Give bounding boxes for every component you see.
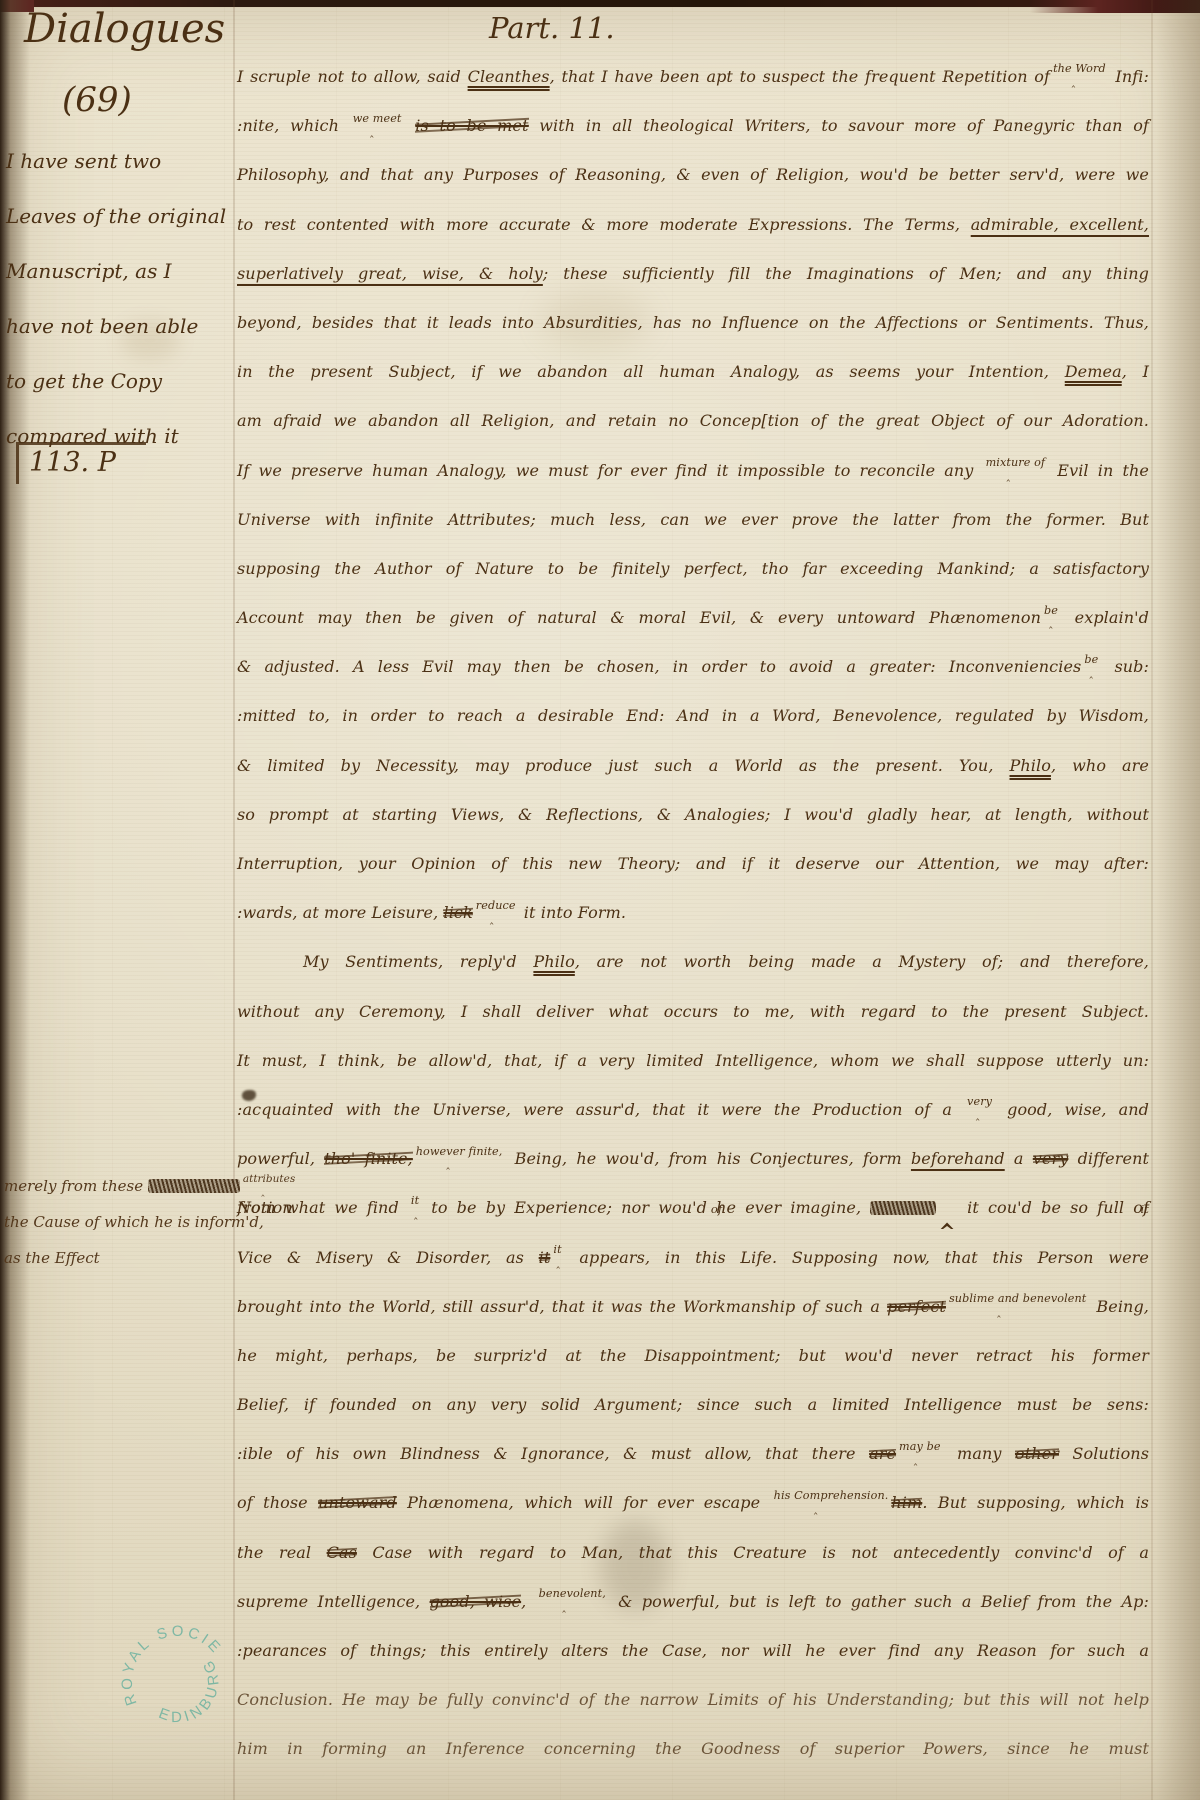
segment-scr: are [869,1444,896,1463]
segment-text: to rest contented with more accurate & m… [237,215,971,234]
segment-text: :wards, at more Leisure, [237,903,443,922]
segment-text: Account may then be given of natural & m… [237,608,1041,627]
segment-text: . But supposing, which is [922,1493,1149,1512]
segment-text: I scruple not to allow, said [237,67,468,86]
manuscript-line: Conclusion. He may be fully convinc'd of… [237,1675,1149,1724]
manuscript-line: of those untoward Phænomena, which will … [237,1478,1149,1527]
segment-ins: be [1044,605,1058,616]
segment-text: Being, he wou'd, from his Conjectures, f… [505,1149,911,1168]
segment-text: merely from these [4,1177,148,1195]
segment-text: supreme Intelligence, [237,1592,430,1611]
segment-scr: untoward [318,1493,397,1512]
segment-scr: him [891,1493,922,1512]
manuscript-line: am afraid we abandon all Religion, and r… [237,396,1149,445]
margin-note-line: to get the Copy [6,354,236,409]
segment-scr: is to be met [415,116,528,135]
manuscript-line: :acquainted with the Universe, were assu… [237,1085,1149,1134]
segment-ins: the Word [1053,63,1106,74]
manuscript-line: beyond, besides that it leads into Absur… [237,298,1149,347]
segment-text: ; these sufficiently fill the Imaginatio… [543,264,1149,283]
margin-insertion-line: merely from these attributes [4,1168,237,1204]
segment-text: It must, I think, be allow'd, that, if a… [237,1051,1149,1070]
body-lines: I scruple not to allow, said Cleanthes, … [237,52,1149,1774]
segment-text: My Sentiments, reply'd [303,952,533,971]
segment-ins: it [553,1244,561,1255]
manuscript-line: It must, I think, be allow'd, that, if a… [237,1036,1149,1085]
segment-ul: admirable, excellent, [971,215,1149,234]
manuscript-line: in the present Subject, if we abandon al… [237,347,1149,396]
segment-text: of those [237,1493,318,1512]
page-right-shading [1156,0,1200,1800]
segment-text: the real [237,1543,327,1562]
segment-ins: very [967,1096,992,1107]
stamp-arc-bottom-text: EDINBURGH [79,1590,241,1766]
manuscript-line: he might, perhaps, be surpriz'd at the D… [237,1331,1149,1380]
segment-text: Belief, if founded on any very solid Arg… [237,1395,1149,1414]
segment-text: , that I have been apt to suspect the fr… [550,67,1050,86]
segment-text: supposing the Author of Nature to be fin… [237,559,1149,578]
margin-note-line: Leaves of the original [6,189,236,244]
segment-ins: may be [899,1441,941,1452]
segment-ins: it [411,1195,419,1206]
segment-text: Infi: [1109,67,1149,86]
segment-ul: superlatively great, wise, & holy [237,264,543,283]
segment-text: , [521,1592,536,1611]
segment-blot [148,1179,240,1193]
shelfmark: 113. P [16,442,146,484]
segment-text: good, wise, and [995,1100,1149,1119]
segment-ins: sublime and benevolent [949,1293,1086,1304]
segment-scr: lick [443,903,472,922]
segment-text: it into Form. [519,903,626,922]
segment-scr: other [1015,1444,1059,1463]
segment-text: it cou'd be so full of [958,1198,1149,1217]
segment-text: Conclusion. He may be fully convinc'd of… [237,1690,1149,1709]
manuscript-title: Dialogues [24,6,225,52]
segment-text: :mitted to, in order to reach a desirabl… [237,706,1149,725]
segment-text: a [1005,1149,1033,1168]
manuscript-line: supposing the Author of Nature to be fin… [237,544,1149,593]
segment-text: the Cause of which he is inform'd, [4,1213,264,1231]
segment-text: sub: [1101,657,1149,676]
segment-ins: mixture of [986,457,1046,468]
margin-note-line: Manuscript, as I [6,244,236,299]
segment-text: :pearances of things; this entirely alte… [237,1641,1149,1660]
segment-text: Philosophy, and that any Purposes of Rea… [237,165,1149,184]
manuscript-line: :wards, at more Leisure, lickreduce it i… [237,888,1149,937]
segment-text: :ible of his own Blindness & Ignorance, … [237,1444,869,1463]
segment-blot [870,1201,936,1215]
segment-text: , are not worth being made a Mystery of;… [575,952,1149,971]
segment-text: from what we find [237,1198,408,1217]
manuscript-line: :nite, which we meet is to be met with i… [237,101,1149,150]
manuscript-line: Vice & Misery & Disorder, as itit appear… [237,1233,1149,1282]
segment-ins: his Comprehension. [774,1490,889,1501]
manuscript-line: & limited by Necessity, may produce just… [237,741,1149,790]
segment-ins: we meet [353,113,402,124]
segment-ins: however finite, [416,1146,503,1157]
segment-text: & adjusted. A less Evil may then be chos… [237,657,1081,676]
segment-text: with in all theological Writers, to savo… [529,116,1149,135]
segment-caret: ‸ [938,1200,956,1229]
segment-text: Vice & Misery & Disorder, as [237,1248,539,1267]
manuscript-line: Account may then be given of natural & m… [237,593,1149,642]
segment-text: Being, [1089,1297,1149,1316]
manuscript-line: to rest contented with more accurate & m… [237,200,1149,249]
manuscript-line: & adjusted. A less Evil may then be chos… [237,642,1149,691]
segment-text: so prompt at starting Views, & Reflectio… [237,805,1149,824]
segment-ins: benevolent, [539,1588,606,1599]
manuscript-line: My Sentiments, reply'd Philo, are not wo… [237,937,1149,986]
segment-text [405,116,416,135]
segment-text: without any Ceremony, I shall deliver wh… [237,1002,1149,1021]
margin-note-line: have not been able [6,299,236,354]
manuscript-line: Belief, if founded on any very solid Arg… [237,1380,1149,1429]
segment-text: :acquainted with the Universe, were assu… [237,1100,964,1119]
segment-text: am afraid we abandon all Religion, and r… [237,411,1149,430]
segment-text: to be by Experience; nor wou'd he ever i… [422,1198,870,1217]
segment-text: Phænomena, which will for ever escape [397,1493,771,1512]
segment-text: If we preserve human Analogy, we must fo… [237,461,983,480]
margin-note: I have sent twoLeaves of the originalMan… [6,134,236,464]
manuscript-line: without any Ceremony, I shall deliver wh… [237,987,1149,1036]
margin-insertion-line: as the Effect [4,1240,237,1276]
manuscript-line: If we preserve human Analogy, we must fo… [237,446,1149,495]
segment-text: he might, perhaps, be surpriz'd at the D… [237,1346,1149,1365]
segment-text: , who are [1051,756,1149,775]
margin-insertion-note: merely from these attributesthe Cause of… [4,1168,237,1276]
segment-ins: be [1084,654,1098,665]
part-heading: Part. 11. [489,8,1149,48]
segment-text: Evil in the [1048,461,1149,480]
segment-name: Philo [533,952,574,971]
manuscript-line: from what we find it to be by Experience… [237,1183,1149,1232]
segment-text: brought into the World, still assur'd, t… [237,1297,887,1316]
manuscript-line: superlatively great, wise, & holy; these… [237,249,1149,298]
segment-ul: beforehand [911,1149,1005,1168]
segment-name: Demea [1065,362,1122,381]
svg-text:EDINBURGH: EDINBURGH [79,1590,241,1766]
fold-line [1151,0,1153,1800]
manuscript-line: :pearances of things; this entirely alte… [237,1626,1149,1675]
manuscript-line: Philosophy, and that any Purposes of Rea… [237,150,1149,199]
segment-text: explain'd [1061,608,1149,627]
segment-text: beyond, besides that it leads into Absur… [237,313,1149,332]
margin-insertion-line: the Cause of which he is inform'd, [4,1204,237,1240]
segment-scr: tho' finite, [324,1149,413,1168]
segment-text: & limited by Necessity, may produce just… [237,756,1010,775]
segment-name: Philo [1010,756,1051,775]
segment-ins: reduce [476,900,516,911]
manuscript-line: Interruption, your Opinion of this new T… [237,839,1149,888]
segment-scr: it [539,1248,551,1267]
manuscript-line: him in forming an Inference concerning t… [237,1724,1149,1773]
segment-text: him in forming an Inference concerning t… [237,1739,1149,1758]
segment-scr: good, wise [430,1592,522,1611]
segment-text: & powerful, but is left to gather such a… [609,1592,1149,1611]
segment-text: Universe with infinite Attributes; much … [237,510,1149,529]
manuscript-line: Universe with infinite Attributes; much … [237,495,1149,544]
manuscript-line: the real Cas Case with regard to Man, th… [237,1528,1149,1577]
manuscript-page: Dialogues (69) I have sent twoLeaves of … [0,0,1200,1800]
segment-text: :nite, which [237,116,350,135]
segment-text: Interruption, your Opinion of this new T… [237,854,1149,873]
manuscript-line: :ible of his own Blindness & Ignorance, … [237,1429,1149,1478]
segment-scr: perfect [887,1297,946,1316]
manuscript-line: so prompt at starting Views, & Reflectio… [237,790,1149,839]
manuscript-line: powerful, tho' finite,however finite, Be… [237,1134,1149,1183]
manuscript-line: supreme Intelligence, good, wise, benevo… [237,1577,1149,1626]
segment-text: Solutions [1059,1444,1149,1463]
segment-scr: Cas [327,1543,357,1562]
segment-text: , I [1122,362,1149,381]
manuscript-body: Part. 11. I scruple not to allow, said C… [237,0,1149,1774]
margin-note-line: I have sent two [6,134,236,189]
segment-text: powerful, [237,1149,324,1168]
manuscript-line: I scruple not to allow, said Cleanthes, … [237,52,1149,101]
page-number: (69) [62,80,132,120]
segment-text: as the Effect [4,1249,100,1267]
segment-text: Case with regard to Man, that this Creat… [357,1543,1149,1562]
manuscript-line: brought into the World, still assur'd, t… [237,1282,1149,1331]
segment-name: Cleanthes [468,67,550,86]
manuscript-line: :mitted to, in order to reach a desirabl… [237,691,1149,740]
segment-text: in the present Subject, if we abandon al… [237,362,1065,381]
segment-text: appears, in this Life. Supposing now, th… [565,1248,1149,1267]
segment-text: many [944,1444,1015,1463]
segment-scr: very [1033,1149,1069,1168]
